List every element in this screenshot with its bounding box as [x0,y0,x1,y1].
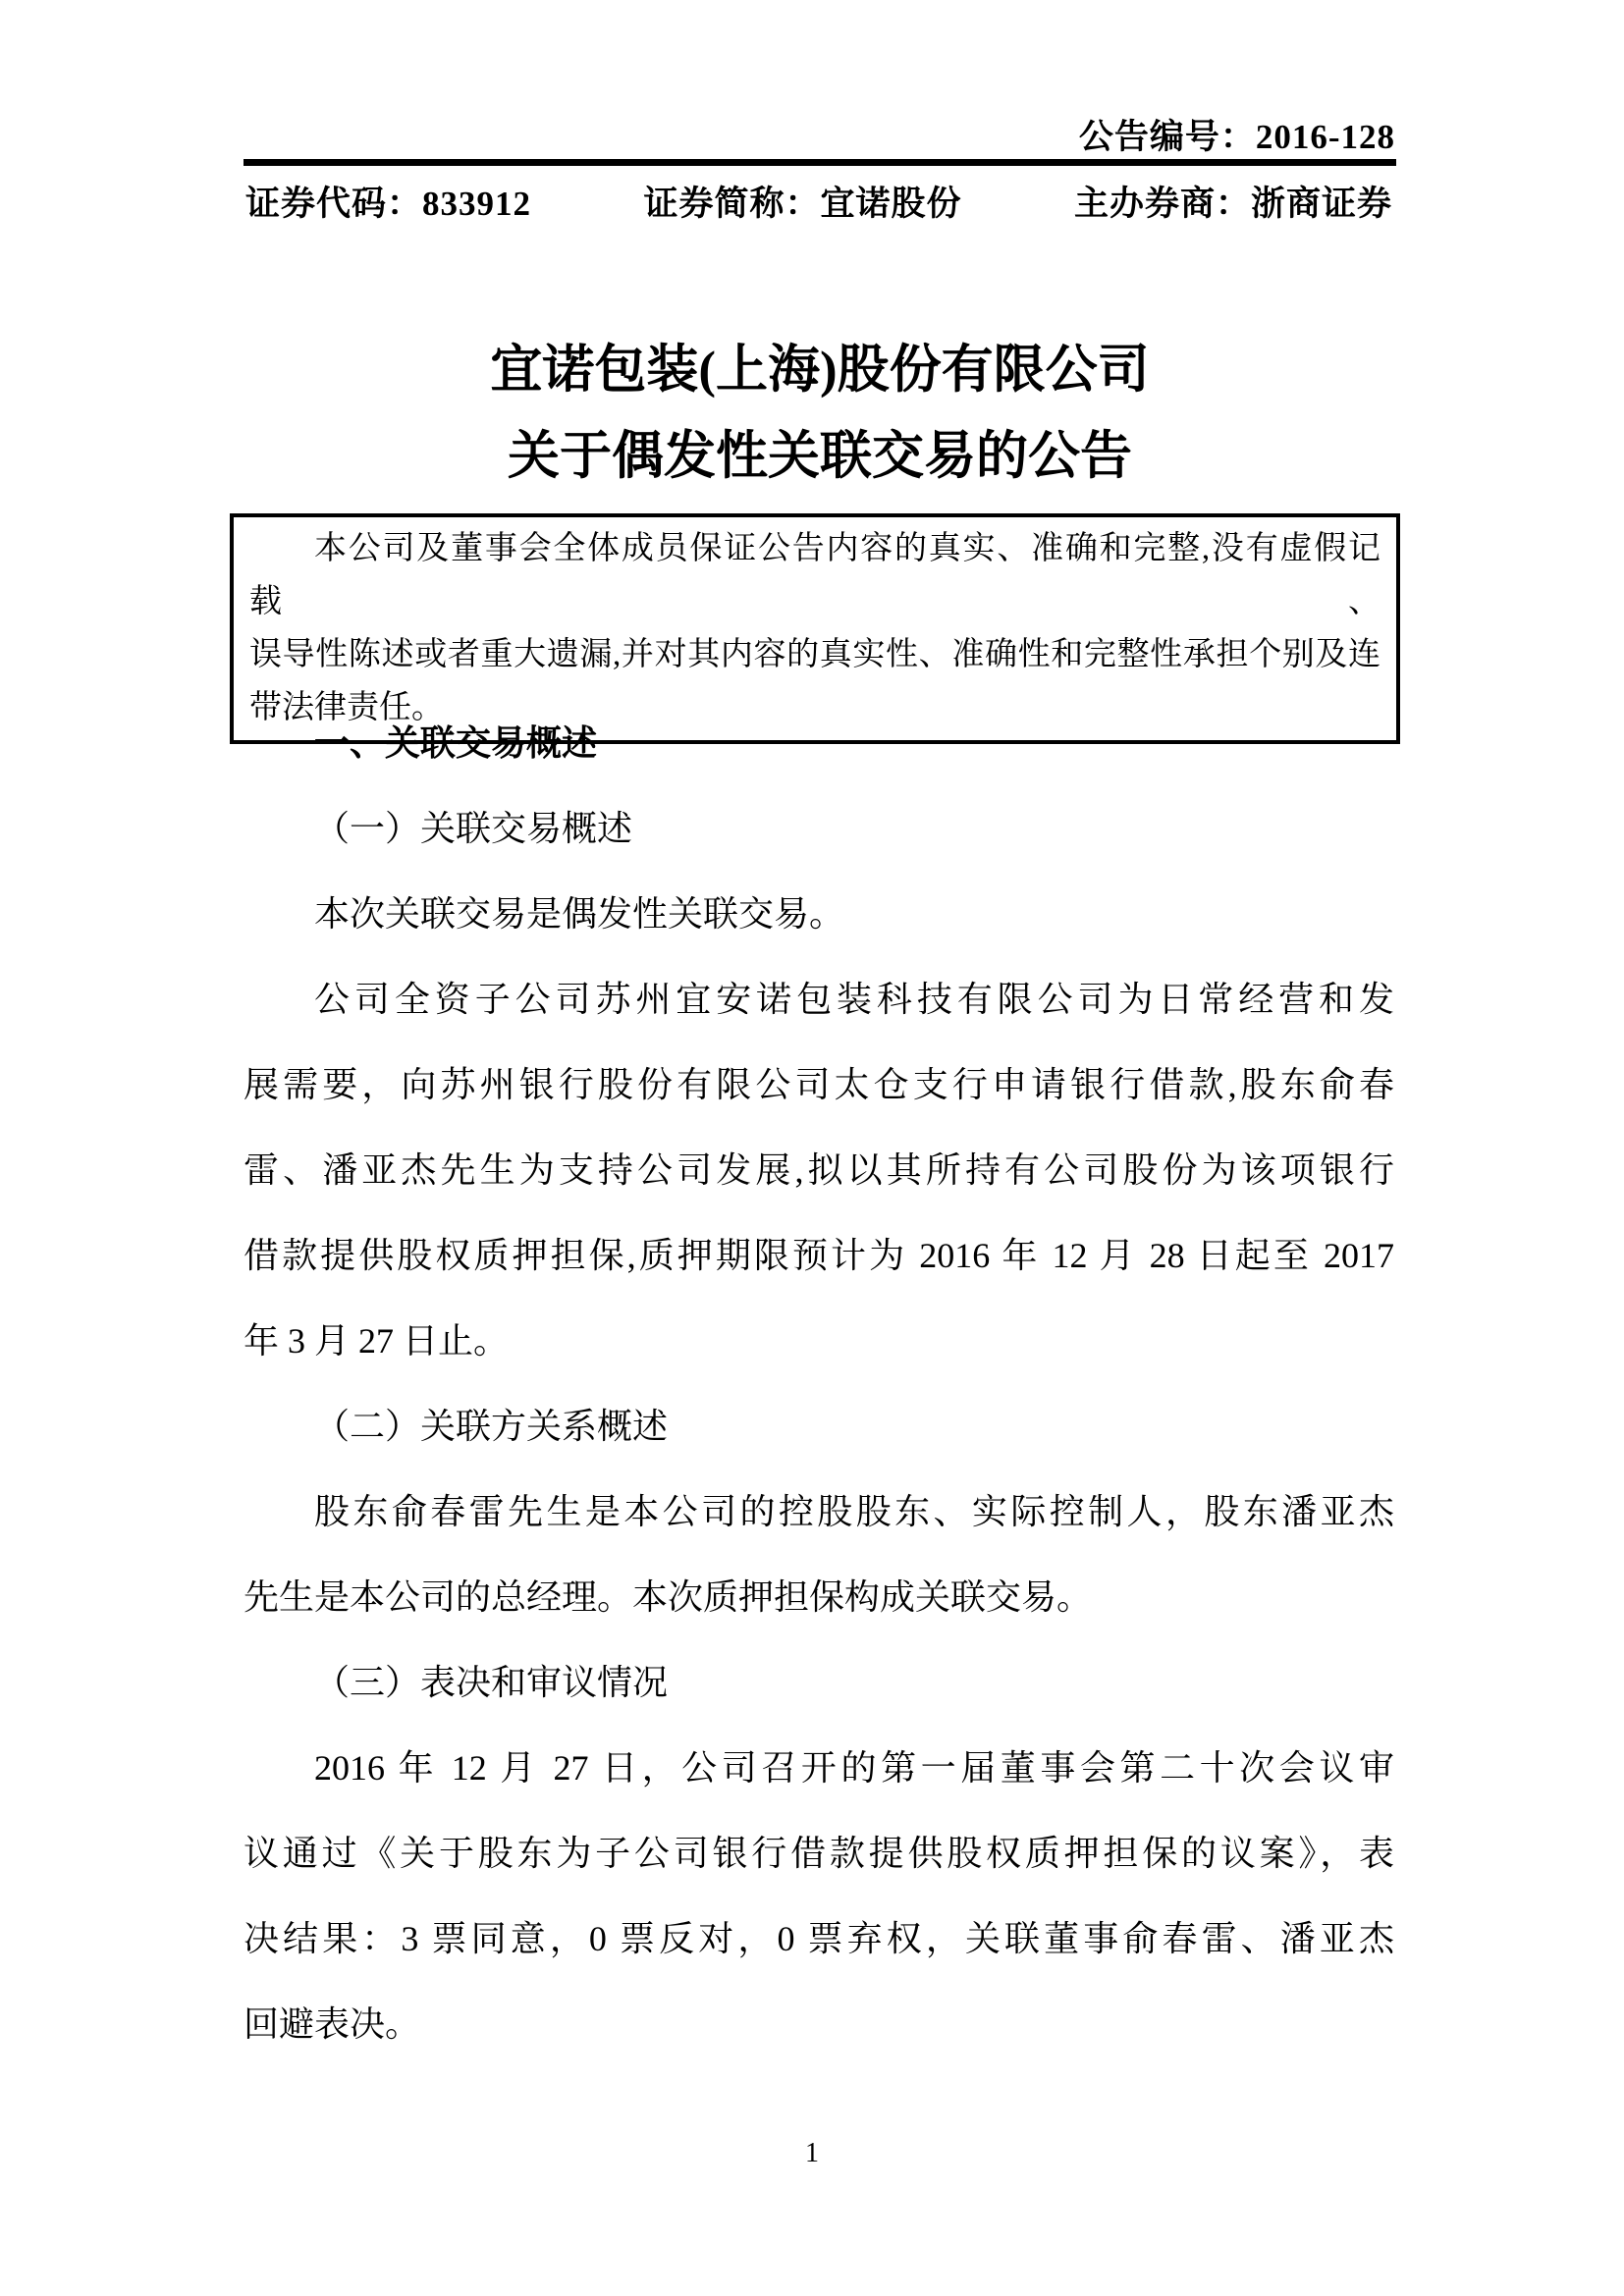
subsection-heading: （三）表决和审议情况 [244,1640,1394,1726]
doc-title-line2: 关于偶发性关联交易的公告 [244,413,1396,500]
paragraph-line: 议通过《关于股东为子公司银行借款提供股权质押担保的议案》，表 [244,1811,1394,1896]
announcement-number: 公告编号：2016-128 [1079,116,1395,159]
paragraph-line: 借款提供股权质押担保,质押期限预计为 2016 年 12 月 28 日起至 20… [244,1213,1394,1299]
paragraph-line: 回避表决。 [244,1982,1394,2067]
paragraph-line: 本次关联交易是偶发性关联交易。 [244,872,1394,957]
disclaimer-line: 本公司及董事会全体成员保证公告内容的真实、准确和完整,没有虚假记载、 [249,522,1380,628]
paragraph-line: 公司全资子公司苏州宜安诺包装科技有限公司为日常经营和发 [244,957,1394,1042]
stock-short-name: 证券简称：宜诺股份 [643,183,961,226]
securities-header: 证券代码：833912 证券简称：宜诺股份 主办券商：浙商证券 [245,183,1392,226]
header-divider [244,159,1396,166]
subsection-heading: （一）关联交易概述 [244,786,1394,872]
doc-title-line1: 宜诺包装(上海)股份有限公司 [244,327,1396,413]
subsection-heading: （二）关联方关系概述 [244,1384,1394,1469]
lead-broker: 主办券商：浙商证券 [1074,183,1392,226]
paragraph-line: 展需要，向苏州银行股份有限公司太仓支行申请银行借款,股东俞春 [244,1042,1394,1128]
paragraph-line: 决结果：3 票同意，0 票反对，0 票弃权，关联董事俞春雷、潘亚杰 [244,1896,1394,1982]
document-body: 一、关联交易概述 （一）关联交易概述 本次关联交易是偶发性关联交易。 公司全资子… [244,701,1394,2067]
section-heading: 一、关联交易概述 [244,701,1394,786]
document-page: 公告编号：2016-128 证券代码：833912 证券简称：宜诺股份 主办券商… [0,0,1624,2296]
disclaimer-line: 误导性陈述或者重大遗漏,并对其内容的真实性、准确性和完整性承担个别及连 [249,628,1380,681]
page-number: 1 [0,2136,1624,2171]
doc-title: 宜诺包装(上海)股份有限公司 关于偶发性关联交易的公告 [244,327,1396,500]
paragraph-line: 雷、潘亚杰先生为支持公司发展,拟以其所持有公司股份为该项银行 [244,1128,1394,1213]
paragraph-line: 先生是本公司的总经理。本次质押担保构成关联交易。 [244,1555,1394,1640]
paragraph-line: 股东俞春雷先生是本公司的控股股东、实际控制人，股东潘亚杰 [244,1469,1394,1555]
paragraph-line: 2016 年 12 月 27 日，公司召开的第一届董事会第二十次会议审 [244,1726,1394,1811]
stock-code: 证券代码：833912 [245,183,531,226]
paragraph-line: 年 3 月 27 日止。 [244,1299,1394,1384]
